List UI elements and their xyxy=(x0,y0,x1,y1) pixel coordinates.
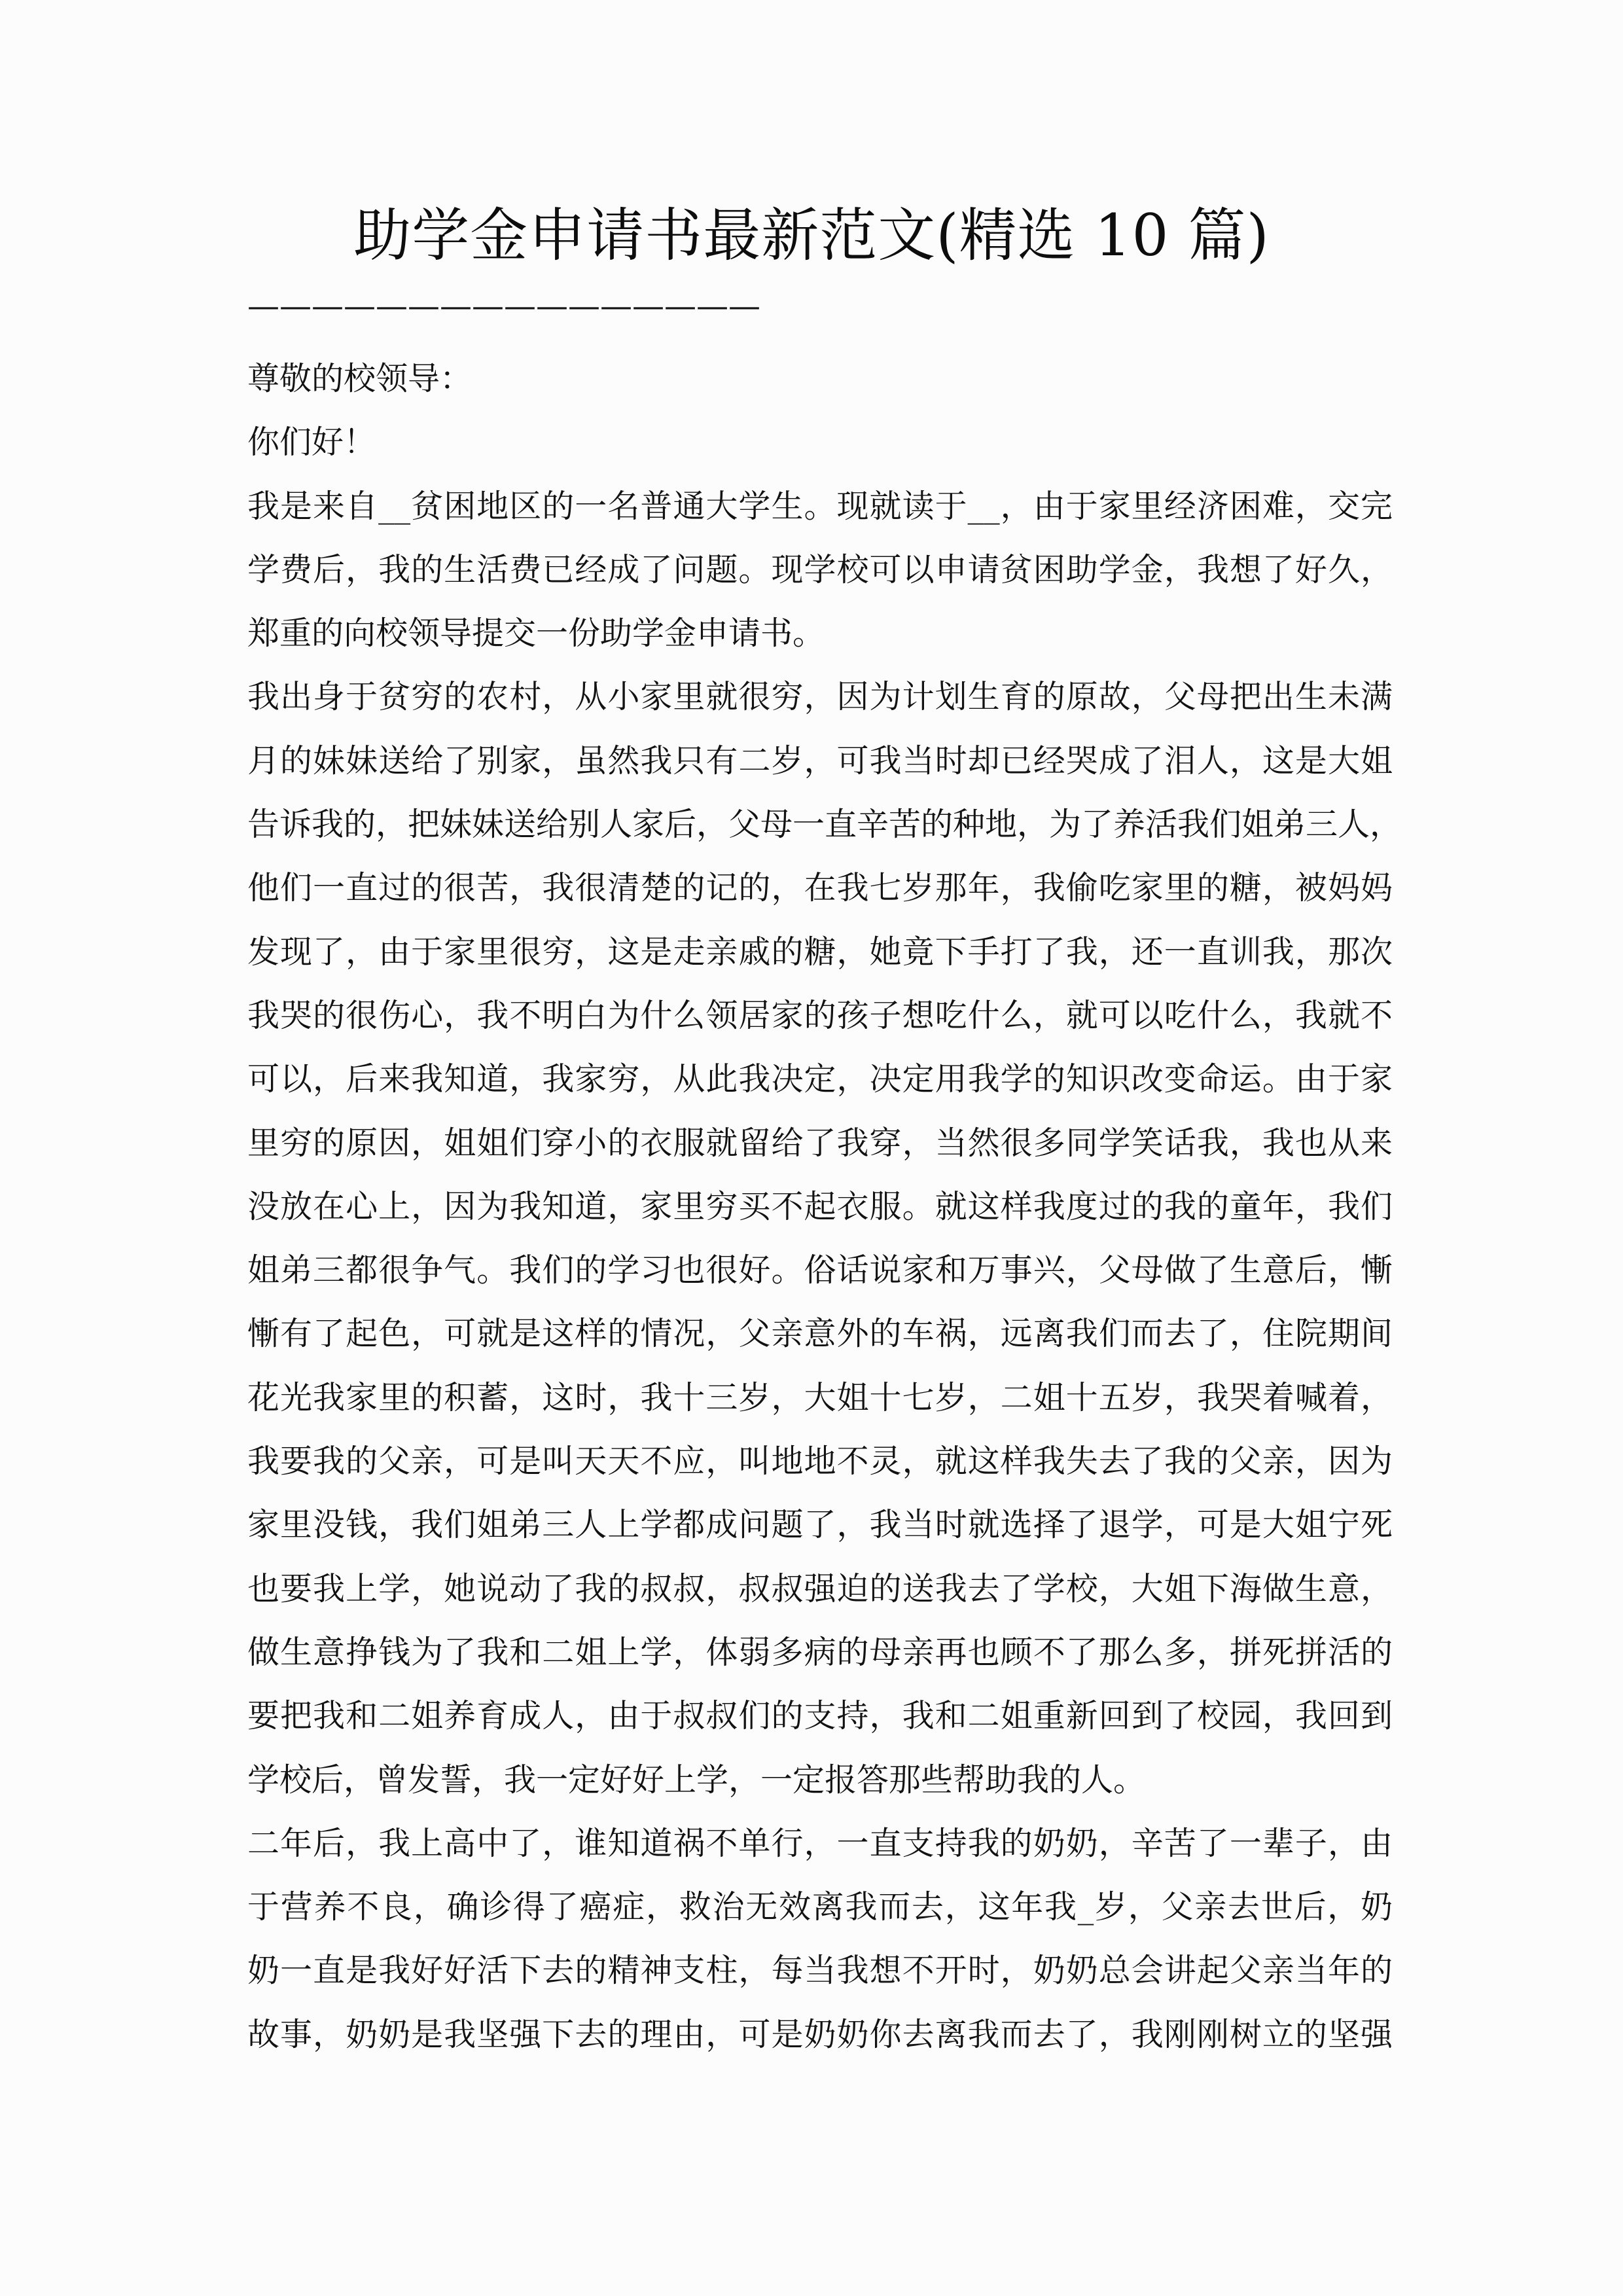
text-line: 二年后，我上高中了，谁知道祸不单行，一直支持我的奶奶，辛苦了一辈子，由 xyxy=(247,1812,1393,1875)
text-line: 没放在心上，因为我知道，家里穷买不起衣服。就这样我度过的我的童年，我们 xyxy=(247,1175,1393,1238)
text-line: 我是来自__贫困地区的一名普通大学生。现就读于__，由于家里经济困难，交完 xyxy=(247,475,1393,538)
text-line: 也要我上学，她说动了我的叔叔，叔叔强迫的送我去了学校，大姐下海做生意， xyxy=(247,1557,1393,1621)
text-line: 郑重的向校领导提交一份助学金申请书。 xyxy=(247,601,1393,665)
text-line: 家里没钱，我们姐弟三人上学都成问题了，我当时就选择了退学，可是大姐宁死 xyxy=(247,1493,1393,1556)
text-line: 于营养不良，确诊得了癌症，救治无效离我而去，这年我_岁，父亲去世后，奶 xyxy=(247,1875,1393,1939)
text-line: 告诉我的，把妹妹送给别人家后，父母一直辛苦的种地，为了养活我们姐弟三人， xyxy=(247,793,1393,856)
text-line: 花光我家里的积蓄，这时，我十三岁，大姐十七岁，二姐十五岁，我哭着喊着， xyxy=(247,1366,1393,1429)
text-line: 我要我的父亲，可是叫天天不应，叫地地不灵，就这样我失去了我的父亲，因为 xyxy=(247,1429,1393,1493)
text-line: 他们一直过的很苦，我很清楚的记的，在我七岁那年，我偷吃家里的糖，被妈妈 xyxy=(247,856,1393,920)
text-line: 我哭的很伤心，我不明白为什么领居家的孩子想吃什么，就可以吃什么，我就不 xyxy=(247,984,1393,1047)
text-line: 可以，后来我知道，我家穷，从此我决定，决定用我学的知识改变命运。由于家 xyxy=(247,1047,1393,1111)
text-line: 学校后，曾发誓，我一定好好上学，一定报答那些帮助我的人。 xyxy=(247,1748,1393,1812)
text-line: 我出身于贫穷的农村，从小家里就很穷，因为计划生育的原故，父母把出生未满 xyxy=(247,665,1393,728)
document-page: 助学金申请书最新范文(精选 10 篇) ———————————————— 尊敬的… xyxy=(0,0,1623,2296)
text-line: 要把我和二姐养育成人，由于叔叔们的支持，我和二姐重新回到了校园，我回到 xyxy=(247,1684,1393,1748)
text-line: 做生意挣钱为了我和二姐上学，体弱多病的母亲再也顾不了那么多，拼死拼活的 xyxy=(247,1621,1393,1684)
text-line: 学费后，我的生活费已经成了问题。现学校可以申请贫困助学金，我想了好久， xyxy=(247,538,1393,601)
text-line: 姐弟三都很争气。我们的学习也很好。俗话说家和万事兴，父母做了生意后，慚 xyxy=(247,1238,1393,1302)
text-line: 尊敬的校领导： xyxy=(247,347,1393,410)
text-line: 奶一直是我好好活下去的精神支柱，每当我想不开时，奶奶总会讲起父亲当年的 xyxy=(247,1939,1393,2002)
text-line: 里穷的原因，姐姐们穿小的衣服就留给了我穿，当然很多同学笑话我，我也从来 xyxy=(247,1111,1393,1175)
text-line: 月的妹妹送给了别家，虽然我只有二岁，可我当时却已经哭成了泪人，这是大姐 xyxy=(247,729,1393,793)
text-line: 你们好！ xyxy=(247,410,1393,474)
document-title: 助学金申请书最新范文(精选 10 篇) xyxy=(0,196,1623,275)
document-body: 尊敬的校领导： 你们好！ 我是来自__贫困地区的一名普通大学生。现就读于__，由… xyxy=(247,347,1393,2066)
text-line: 发现了，由于家里很穷，这是走亲戚的糖，她竟下手打了我，还一直训我，那次 xyxy=(247,920,1393,984)
text-line: 故事，奶奶是我坚强下去的理由，可是奶奶你去离我而去了，我刚刚树立的坚强 xyxy=(247,2003,1393,2066)
title-divider: ———————————————— xyxy=(247,293,771,319)
text-line: 慚有了起色，可就是这样的情况，父亲意外的车祸，远离我们而去了，住院期间 xyxy=(247,1302,1393,1365)
